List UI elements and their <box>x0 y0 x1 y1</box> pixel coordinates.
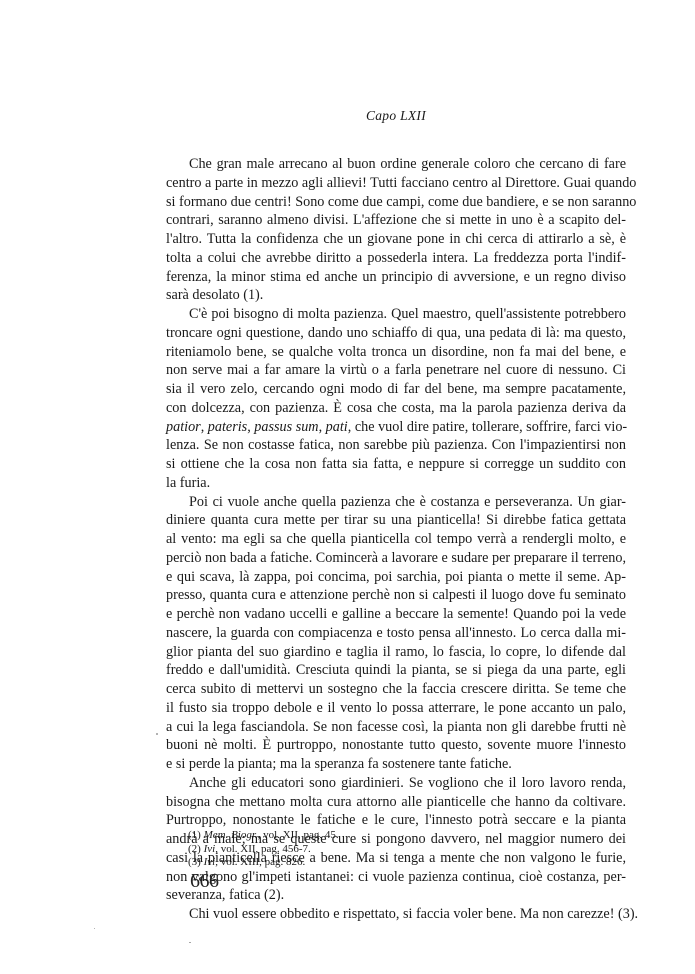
text-line: Che gran male arrecano al buon ordine ge… <box>166 155 626 174</box>
paragraph-1: Che gran male arrecano al buon ordine ge… <box>166 155 626 305</box>
latin-word: pateris <box>208 419 247 435</box>
latin-word: patior <box>166 419 201 435</box>
footnote-reference: , vol. XII, pag. 456-7. <box>215 843 311 855</box>
text-line: troncare ogni questione, dando uno schia… <box>166 324 626 343</box>
text-line-latin: patior, pateris, passus sum, pati, che v… <box>166 418 626 437</box>
footnotes: (1) Mem. Biogr., vol. XII, pag. 45. (2) … <box>188 829 339 870</box>
text-line: e qui scava, là zappa, poi concima, poi … <box>166 568 626 587</box>
paragraph-3: Poi ci vuole anche quella pazienza che è… <box>166 493 626 774</box>
footnote-marker: (3) <box>188 856 204 868</box>
body-text: Che gran male arrecano al buon ordine ge… <box>166 155 626 924</box>
footnote-source: Ivi <box>204 843 216 855</box>
text-line: tolta a colui che avrebbe diritto a poss… <box>166 249 626 268</box>
text-line: buoni nè molti. È purtroppo, nonostante … <box>166 736 626 755</box>
text-line: Poi ci vuole anche quella pazienza che è… <box>166 493 626 512</box>
footnote-source: Ivi <box>204 856 216 868</box>
running-header: Capo LXII <box>166 108 626 124</box>
scan-speck <box>156 733 158 735</box>
footnote-1: (1) Mem. Biogr., vol. XII, pag. 45. <box>188 829 339 843</box>
text-line: nascere, la guarda con compiacenza e tos… <box>166 624 626 643</box>
text-line: a cui la lega fasciandola. Se non facess… <box>166 718 626 737</box>
text-line: C'è poi bisogno di molta pazienza. Quel … <box>166 305 626 324</box>
line-rest: , che vuol dire patire, tollerare, soffr… <box>348 419 627 435</box>
text-line: non valgono gl'impeti istantanei: ci vuo… <box>166 868 626 887</box>
footnote-reference: , vol. XIII, pag. 826. <box>215 856 305 868</box>
text-line: riteniamolo bene, se qualche volta tronc… <box>166 343 626 362</box>
footnote-marker: (2) <box>188 843 204 855</box>
text-line: sia il vero zelo, cercando ogni modo di … <box>166 380 626 399</box>
text-line: si ottiene che la cosa non fatta sia fat… <box>166 455 626 474</box>
scan-speck <box>94 928 95 929</box>
text-line: severanza, fatica (2). <box>166 886 626 905</box>
text-line: non serve mai a far amare la virtù o a f… <box>166 361 626 380</box>
text-line: Anche gli educatori sono giardinieri. Se… <box>166 774 626 793</box>
text-line: contrari, saranno almeno divisi. L'affez… <box>166 211 626 230</box>
text-line: sarà desolato (1). <box>166 286 626 305</box>
text-line: si formano due centri! Sono come due cam… <box>166 193 626 212</box>
text-line: perciò non bada a fatiche. Comincerà a l… <box>166 549 626 568</box>
text-line: Purtroppo, nonostante le fatiche e le cu… <box>166 811 626 830</box>
text-line: glior pianta del suo giardino e taglia i… <box>166 643 626 662</box>
text-line: ferenza, la minor stima ed anche un prin… <box>166 268 626 287</box>
book-page: Capo LXII Che gran male arrecano al buon… <box>0 0 695 974</box>
text-line: e perchè non vadano uccelli e galline a … <box>166 605 626 624</box>
footnote-3: (3) Ivi, vol. XIII, pag. 826. <box>188 856 339 870</box>
latin-word: passus sum <box>254 419 318 435</box>
separator: , <box>201 419 208 435</box>
text-line: centro a parte in mezzo agli allievi! Tu… <box>166 174 626 193</box>
footnote-reference: , vol. XII, pag. 45. <box>258 829 339 841</box>
footnote-marker: (1) <box>188 829 204 841</box>
text-line: l'altro. Tutta la confidenza che un giov… <box>166 230 626 249</box>
text-line: lenza. Se non costasse fatica, non sareb… <box>166 436 626 455</box>
text-line: la furia. <box>166 474 626 493</box>
footnote-2: (2) Ivi, vol. XII, pag. 456-7. <box>188 843 339 857</box>
separator: , <box>319 419 326 435</box>
footnote-source: Mem. Biogr. <box>204 829 258 841</box>
paragraph-2: C'è poi bisogno di molta pazienza. Quel … <box>166 305 626 493</box>
page-number: 666 <box>190 870 219 893</box>
scan-speck <box>189 942 191 943</box>
text-line: cerca subito di mettervi un sostegno che… <box>166 680 626 699</box>
paragraph-5: Chi vuol essere obbedito e rispettato, s… <box>166 905 626 924</box>
text-line: bisogna che mettano molta cura attorno a… <box>166 793 626 812</box>
text-line: al vento: ma egli sa che quella piantice… <box>166 530 626 549</box>
text-line: diniere quanta cura mette per tirar su u… <box>166 511 626 530</box>
text-line: Chi vuol essere obbedito e rispettato, s… <box>166 905 626 924</box>
text-line: e si perde la pianta; ma la speranza fa … <box>166 755 626 774</box>
text-line: presso, quanta cura e attenzione perchè … <box>166 586 626 605</box>
text-line: freddo e dall'umidità. Cresciuta quindi … <box>166 661 626 680</box>
text-line: il fusto sia troppo debole e il vento lo… <box>166 699 626 718</box>
latin-word: pati <box>326 419 348 435</box>
text-line: con dolcezza, con pazienza. È cosa che c… <box>166 399 626 418</box>
